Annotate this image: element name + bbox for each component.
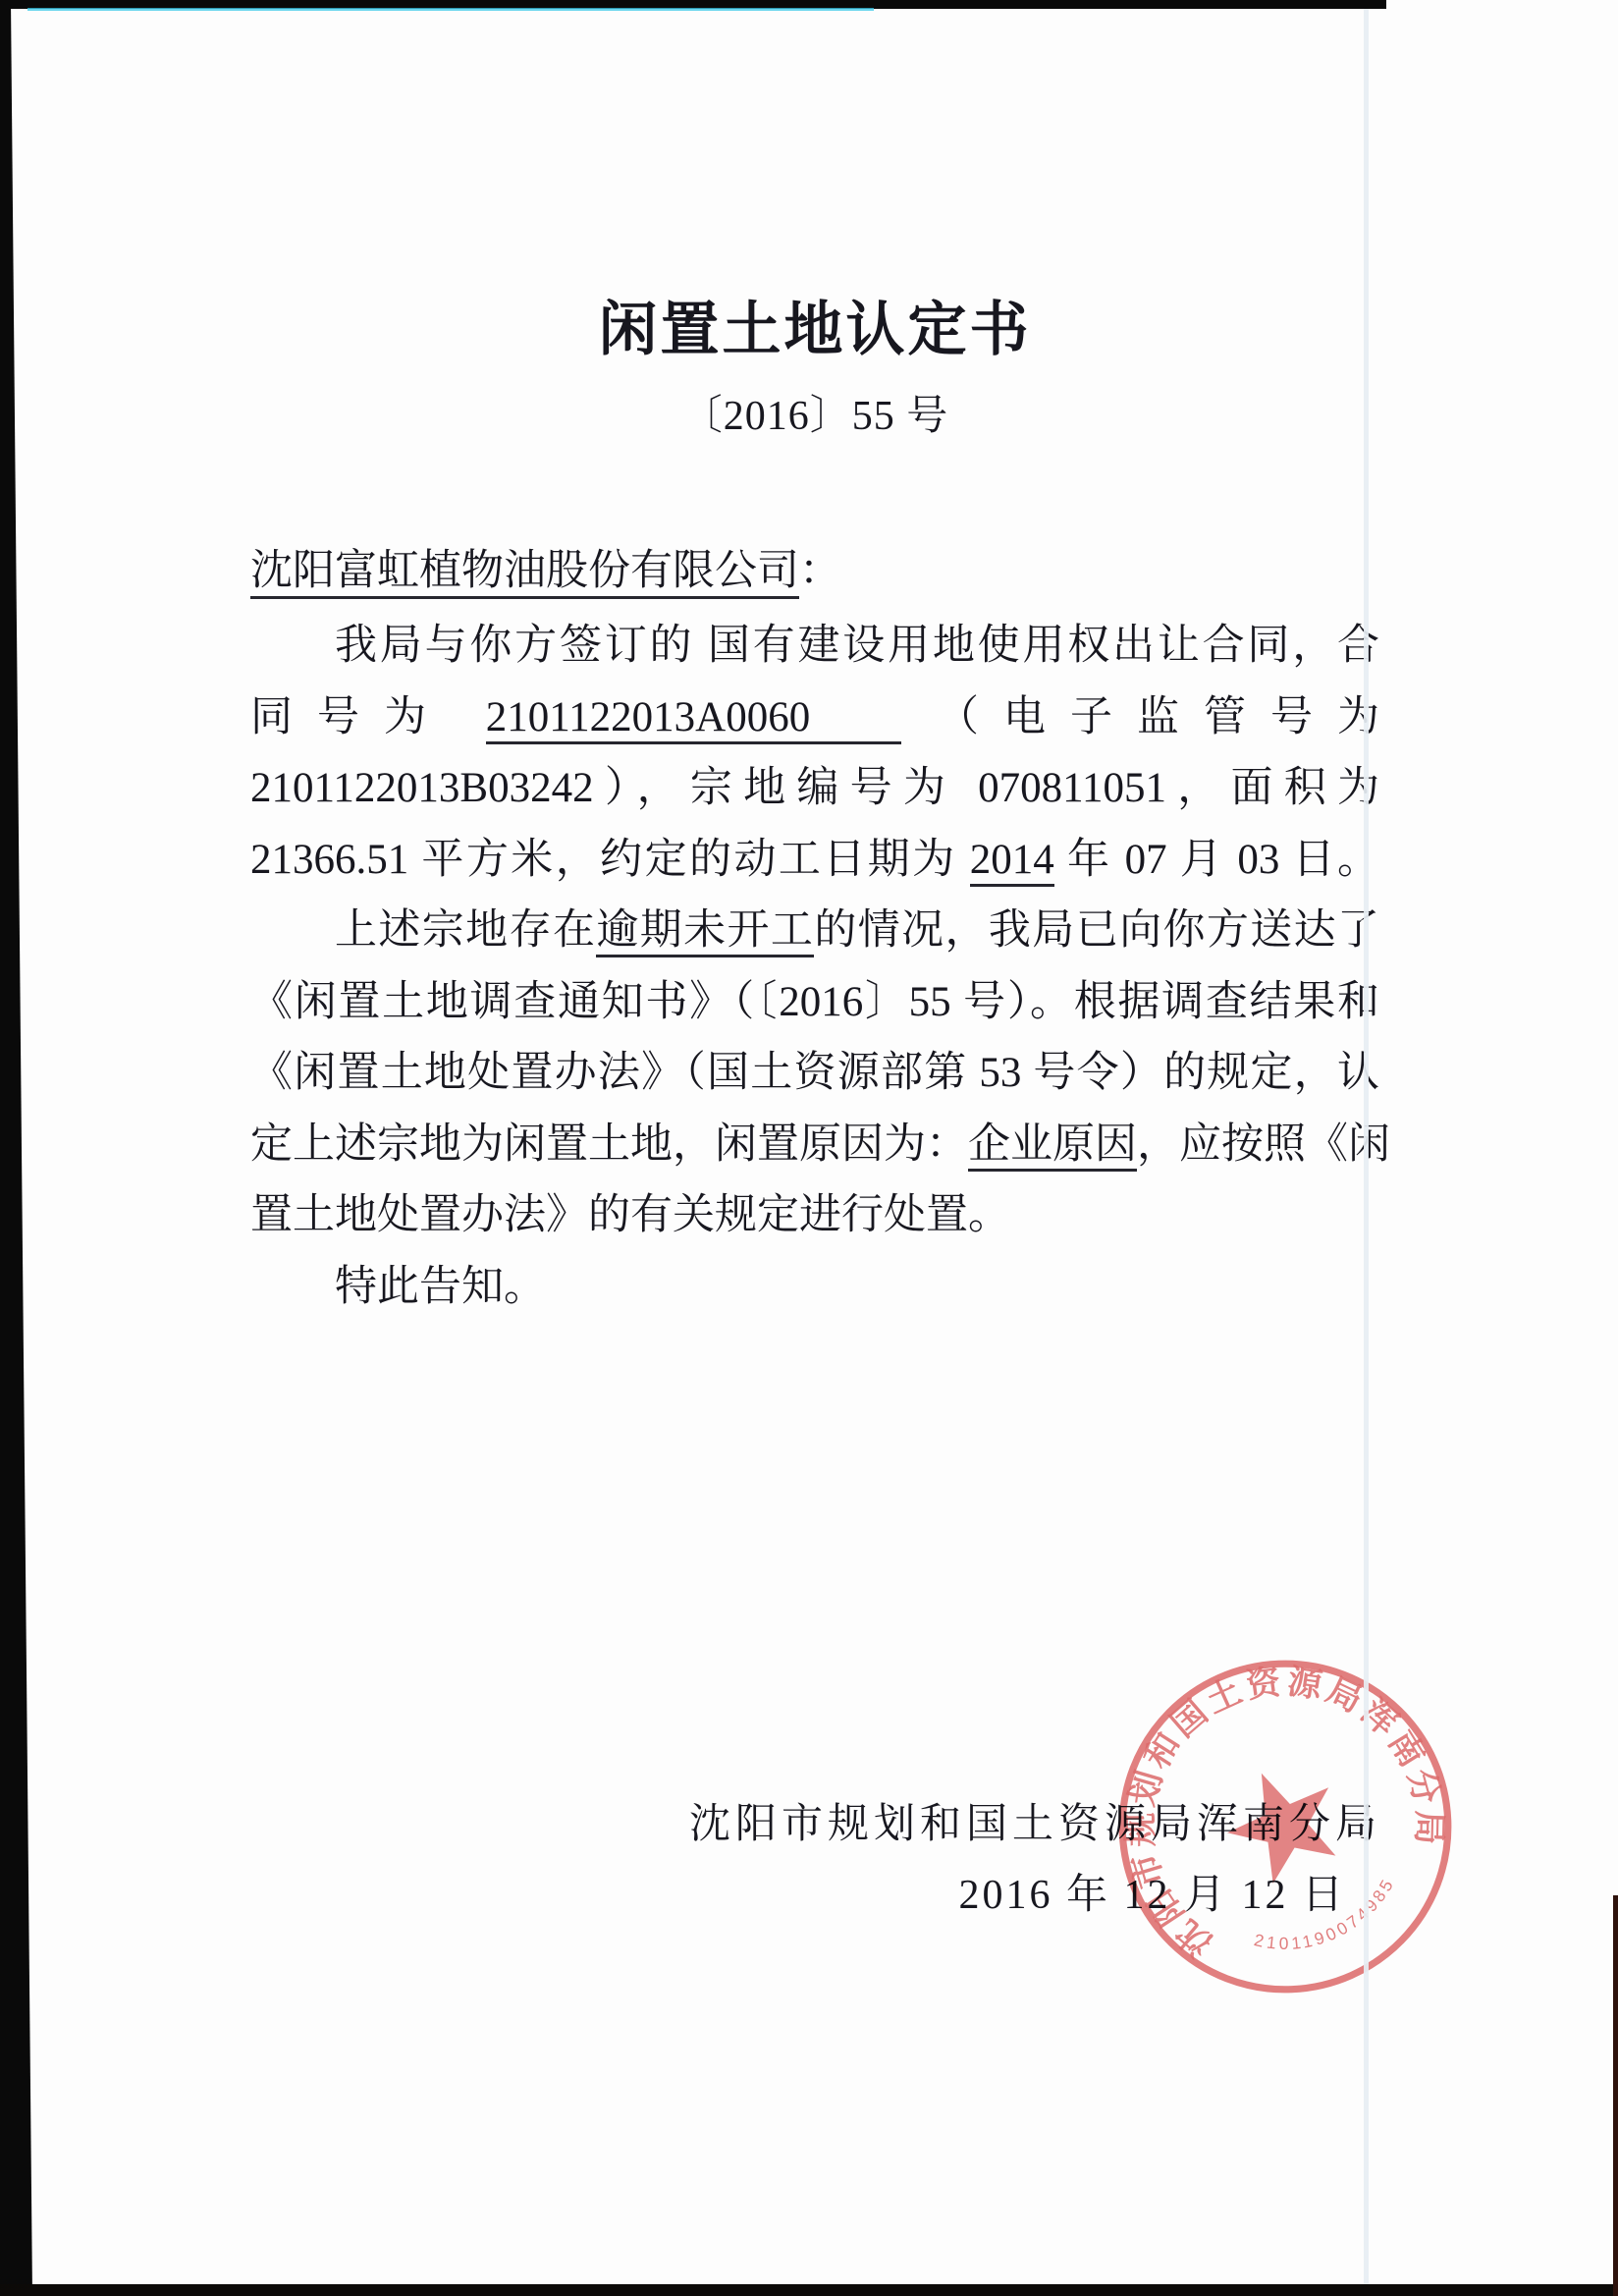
scanned-document-page: 闲置土地认定书 〔2016〕55 号 沈阳富虹植物油股份有限公司： 我局与你方签…: [0, 0, 1618, 2296]
body-text: 21366.51 平方米，约定的动工日期为: [250, 837, 970, 883]
body-text: （电子监管号为: [901, 694, 1379, 740]
body-text: 《闲置土地调查通知书》（〔2016〕55 号）。根据调查结果和: [250, 979, 1379, 1025]
body-text: 同号为: [250, 694, 486, 740]
body-text: 年 07 月 03 日。: [1054, 837, 1379, 883]
addressee-name: 沈阳富虹植物油股份有限公司: [250, 548, 799, 599]
vertical-scan-streak-artifact: [1364, 0, 1369, 2296]
addressee-colon: ：: [799, 548, 841, 594]
body-text: 置土地处置办法》的有关规定进行处置。: [250, 1192, 1010, 1238]
body-text: 定上述宗地为闲置土地，闲置原因为：: [250, 1121, 968, 1168]
body-text: 的情况，我局已向你方送达了: [814, 907, 1379, 954]
body-text: 特此告知。: [335, 1264, 546, 1310]
body-text: 2101122013B03242），宗地编号为 070811051，面积为: [250, 765, 1379, 811]
document-body: 我局与你方签订的 国有建设用地使用权出让合同，合同号为 2101122013A0…: [250, 611, 1379, 1323]
underlined-text: 企业原因: [968, 1121, 1137, 1172]
underlined-text: 2101122013A0060: [486, 694, 901, 744]
body-text: 上述宗地存在: [335, 907, 596, 954]
body-line: 我局与你方签订的 国有建设用地使用权出让合同，合: [250, 611, 1379, 683]
body-line: 《闲置土地处置办法》（国土资源部第 53 号令）的规定，认: [250, 1038, 1379, 1110]
body-line: 上述宗地存在逾期未开工的情况，我局已向你方送达了: [250, 896, 1379, 967]
scan-border-left: [0, 0, 39, 2296]
body-line: 《闲置土地调查通知书》（〔2016〕55 号）。根据调查结果和: [250, 967, 1379, 1039]
body-line: 特此告知。: [250, 1252, 1379, 1324]
document-title: 闲置土地认定书: [250, 283, 1379, 367]
body-text: ，应按照《闲: [1137, 1121, 1390, 1168]
underlined-text: 逾期未开工: [596, 907, 814, 957]
body-line: 2101122013B03242），宗地编号为 070811051，面积为: [250, 753, 1379, 825]
body-text: 《闲置土地处置办法》（国土资源部第 53 号令）的规定，认: [250, 1050, 1379, 1096]
body-text: 我局与你方签订的 国有建设用地使用权出让合同，合: [335, 623, 1379, 669]
body-line: 置土地处置办法》的有关规定进行处置。: [250, 1180, 1379, 1252]
addressee-line: 沈阳富虹植物油股份有限公司：: [250, 542, 1379, 601]
cyan-scan-artifact: [27, 8, 874, 11]
underlined-text: 2014: [970, 837, 1054, 887]
seal-star-icon: [1211, 1751, 1355, 1892]
body-line: 21366.51 平方米，约定的动工日期为 2014 年 07 月 03 日。: [250, 825, 1379, 897]
scan-border-bottom: [0, 2284, 1618, 2296]
body-line: 同号为 2101122013A0060 （电子监管号为: [250, 683, 1379, 754]
document-number: 〔2016〕55 号: [250, 383, 1379, 442]
official-seal: 沈阳市规划和国土资源局浑南分局 2101190074985: [1114, 1656, 1456, 1997]
body-line: 定上述宗地为闲置土地，闲置原因为：企业原因，应按照《闲: [250, 1110, 1379, 1181]
scan-border-right: [1613, 1895, 1618, 2296]
